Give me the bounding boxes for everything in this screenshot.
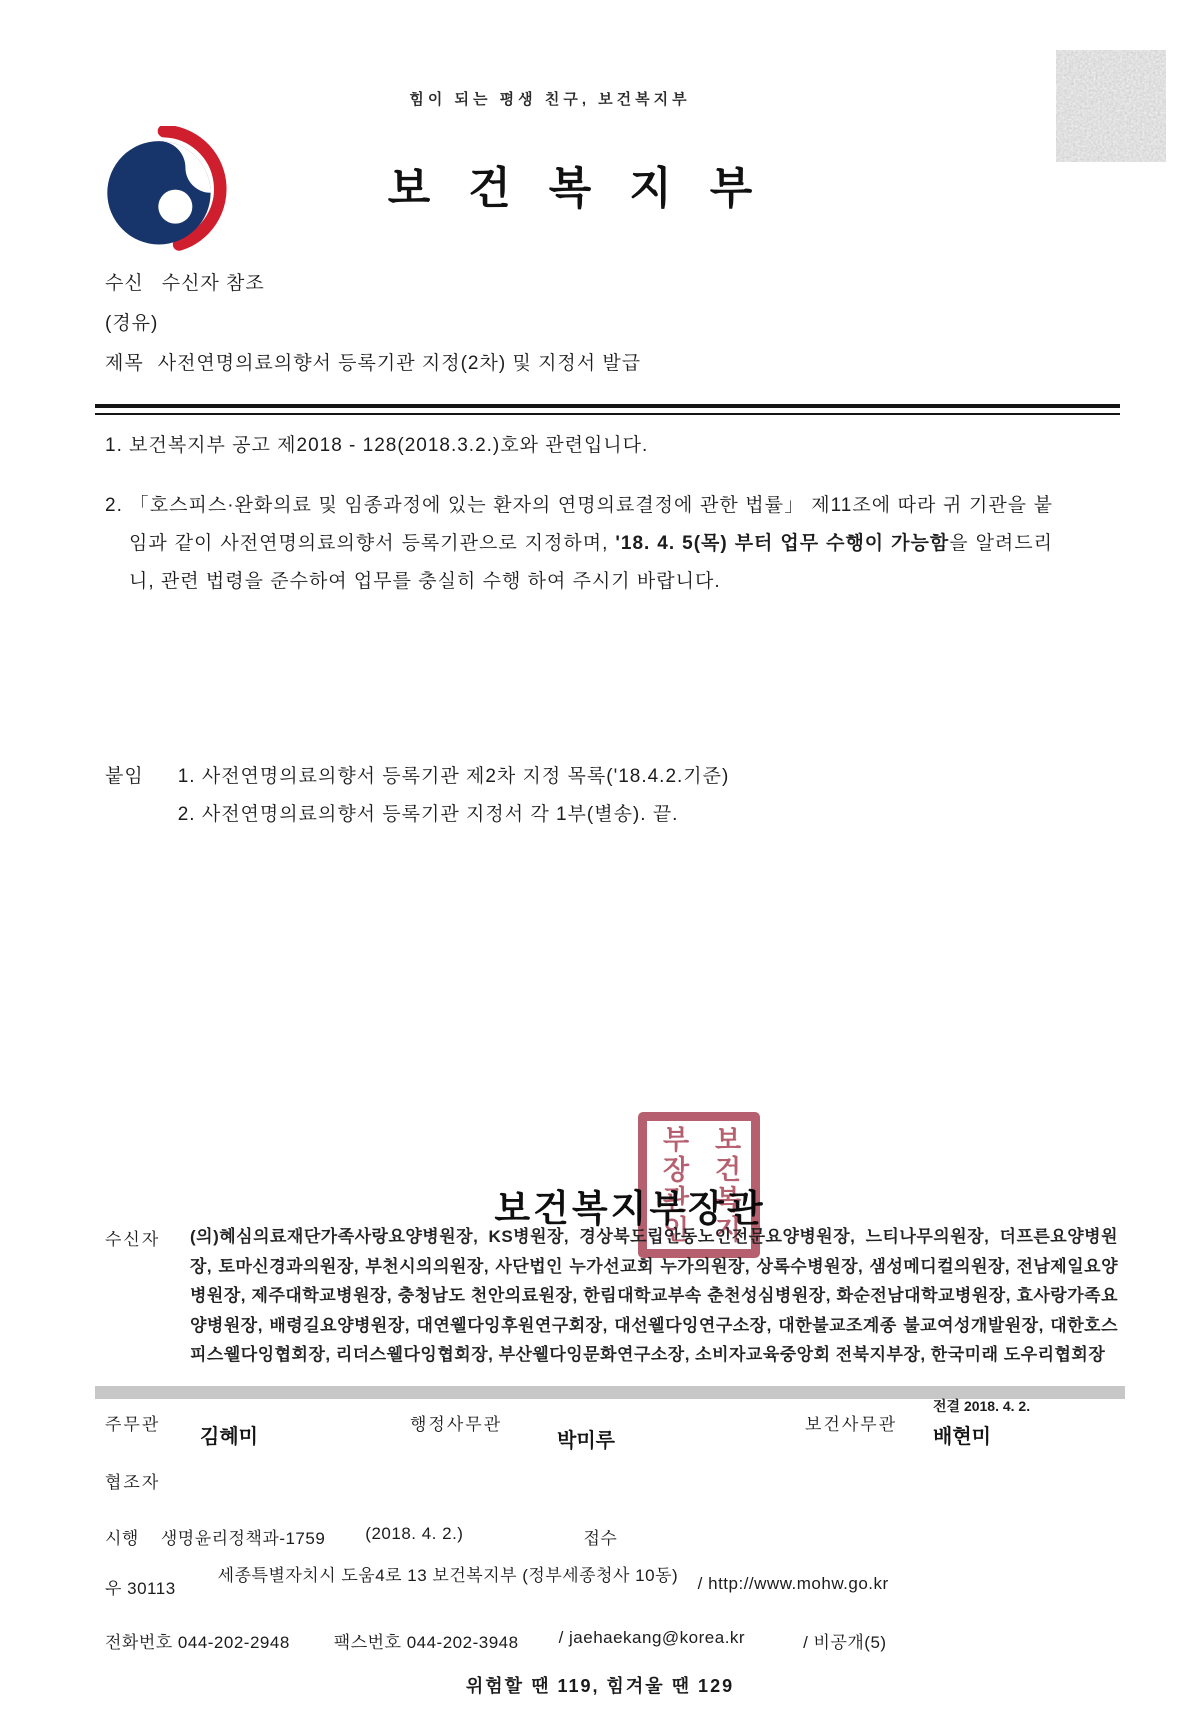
attach-line-2: 2. 사전연명의료의향서 등록기관 지정서 각 1부(별송). 끝.: [178, 796, 730, 834]
secrecy-grade: / 비공개(5): [803, 1628, 887, 1653]
attachments-block: 붙임 1. 사전연명의료의향서 등록기관 제2차 지정 목록('18.4.2.기…: [105, 758, 729, 834]
attach-label: 붙임: [105, 766, 144, 787]
body-item-1: 1. 보건복지부 공고 제2018 - 128(2018.3.2.)호와 관련입…: [105, 430, 1065, 457]
receipt-label: 접수: [583, 1524, 617, 1549]
subject-value: 사전연명의료의향서 등록기관 지정(2차) 및 지정서 발급: [158, 353, 641, 374]
ministry-address: 세종특별자치시 도움4로 13 보건복지부 (정부세종청사 10동): [218, 1562, 688, 1589]
ministry-slogan: 힘이 되는 평생 친구, 보건복지부: [0, 88, 1100, 109]
approval-date: 전결 2018. 4. 2.: [933, 1396, 1030, 1416]
health-label: 보건사무관: [805, 1410, 897, 1435]
subject-divider-thick: [95, 404, 1120, 408]
contact-row: 전화번호 044-202-2948 팩스번호 044-202-3948 / ja…: [105, 1628, 1115, 1653]
body-item-2-bold: '18. 4. 5(목) 부터 업무 수행이 가능함: [615, 533, 949, 554]
ministry-url: / http://www.mohw.go.kr: [698, 1574, 889, 1594]
document-title: 보건복지부: [0, 152, 1140, 216]
cooperator-label: 협조자: [105, 1468, 160, 1493]
sihaeng-label: 시행: [105, 1524, 139, 1549]
body-item-2: 2. 「호스피스·완화의료 및 임종과정에 있는 환자의 연명의료결정에 관한 …: [105, 487, 1053, 601]
clerk-label: 주무관: [105, 1410, 160, 1435]
subject-line: 제목사전연명의료의향서 등록기관 지정(2차) 및 지정서 발급: [105, 348, 641, 375]
document-date: (2018. 4. 2.): [365, 1524, 463, 1549]
subject-divider-thin: [95, 413, 1120, 415]
recipient-label: 수신: [105, 273, 144, 294]
emergency-slogan: 위험할 땐 119, 힘겨울 땐 129: [0, 1672, 1200, 1698]
admin-signature: 박미루: [557, 1424, 615, 1453]
document-number: 생명윤리정책과-1759: [161, 1524, 325, 1549]
recipient-line: 수신수신자 참조: [105, 268, 265, 295]
enforcement-row: 시행 생명윤리정책과-1759 (2018. 4. 2.) 접수: [105, 1524, 1105, 1549]
fax-number: 팩스번호 044-202-3948: [334, 1628, 519, 1653]
subject-label: 제목: [105, 353, 144, 374]
health-signature: 배현미: [933, 1420, 991, 1449]
recipients-label: 수신자: [105, 1225, 160, 1250]
phone-number: 전화번호 044-202-2948: [105, 1628, 290, 1653]
officials-row: 주무관 김혜미 행정사무관 박미루 보건사무관 전결 2018. 4. 2. 배…: [105, 1402, 1115, 1472]
email-address: / jaehaekang@korea.kr: [559, 1628, 746, 1653]
via-line: (경유): [105, 308, 158, 335]
zip-code: 우 30113: [105, 1574, 176, 1599]
address-row: 우 30113 세종특별자치시 도움4로 13 보건복지부 (정부세종청사 10…: [105, 1562, 1115, 1599]
recipients-list: (의)혜심의료재단가족사랑요양병원장, KS병원장, 경상북도립안동노인전문요양…: [190, 1222, 1118, 1370]
recipient-value: 수신자 참조: [162, 273, 265, 294]
attach-line-1: 1. 사전연명의료의향서 등록기관 제2차 지정 목록('18.4.2.기준): [178, 758, 730, 796]
clerk-signature: 김혜미: [200, 1420, 258, 1449]
admin-label: 행정사무관: [410, 1410, 502, 1435]
